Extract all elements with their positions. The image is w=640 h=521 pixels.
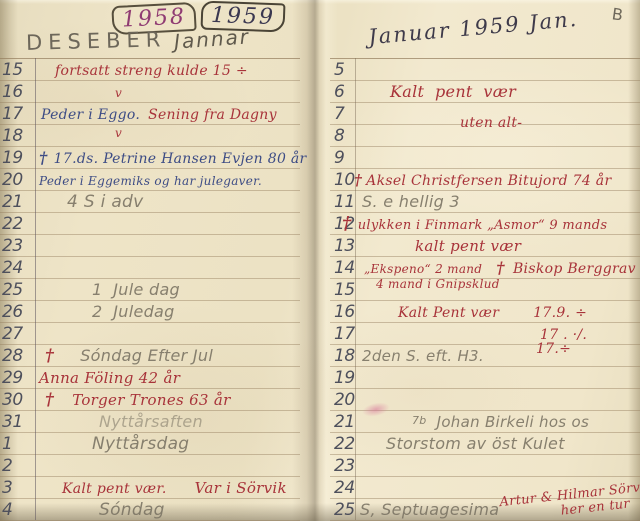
diary-row: 18v bbox=[0, 125, 300, 147]
entry-segment: † bbox=[45, 389, 54, 411]
row-number: 27 bbox=[2, 323, 32, 345]
diary-row: 2 bbox=[0, 455, 300, 477]
row-number: 7 bbox=[334, 103, 358, 125]
entry-segment: Peder i Eggemiks og har julegaver. bbox=[39, 170, 262, 192]
diary-row: 12†ulykken i Finmark „Asmor“ 9 mands bbox=[330, 213, 640, 235]
entry-segment: † bbox=[342, 213, 352, 235]
row-number: 23 bbox=[2, 235, 32, 257]
entry-segment: v bbox=[115, 122, 122, 144]
entry-segment: kalt pent vær bbox=[415, 235, 521, 257]
entry-segment: Sening fra Dagny bbox=[148, 104, 277, 126]
row-number: 22 bbox=[334, 433, 358, 455]
entry-text: v bbox=[37, 125, 298, 148]
diary-row: 22 bbox=[0, 213, 300, 235]
entry-segment: 2 Juledag bbox=[92, 301, 175, 323]
entry-segment: S. e hellig 3 bbox=[362, 191, 460, 213]
diary-row: 16Kalt Pent vær17.9. ÷ bbox=[330, 301, 640, 323]
row-number: 13 bbox=[334, 235, 358, 257]
diary-row: 19†17.ds. Petrine Hansen Evjen 80 år bbox=[0, 147, 300, 169]
diary-row: 15fortsatt streng kulde 15 ÷ bbox=[0, 59, 300, 81]
row-number: 4 bbox=[2, 499, 32, 521]
entry-text: †Torger Trones 63 år bbox=[37, 389, 298, 411]
row-number: 25 bbox=[2, 279, 32, 301]
entry-text: Kalt Pent vær17.9. ÷ bbox=[360, 301, 638, 324]
entry-text: S. e hellig 3 bbox=[360, 191, 638, 213]
entry-segment: 2den S. eft. H3. bbox=[362, 345, 484, 367]
entry-text: †Sóndag Efter Jul bbox=[37, 345, 298, 367]
row-number: 8 bbox=[334, 125, 358, 147]
entry-segment: † bbox=[39, 147, 48, 169]
entry-segment: 4 mand i Gnipsklud bbox=[376, 273, 500, 295]
right-page-header: Januar 1959 Jan. bbox=[367, 7, 579, 49]
diary-row: 29Anna Föling 42 år bbox=[0, 367, 300, 389]
entry-segment: S, Septuagesima bbox=[360, 499, 499, 521]
row-number: 17 bbox=[2, 103, 32, 125]
row-number: 26 bbox=[2, 301, 32, 323]
diary-row: 214 S i adv bbox=[0, 191, 300, 213]
diary-row: 23 bbox=[0, 235, 300, 257]
entry-text: Peder i Eggo.Sening fra Dagny bbox=[37, 103, 298, 126]
entry-text: Peder i Eggemiks og har julegaver. bbox=[37, 169, 298, 192]
diary-row: 9 bbox=[330, 147, 640, 169]
row-number: 21 bbox=[334, 411, 358, 433]
entry-text: 2den S. eft. H3.17.÷ bbox=[360, 345, 638, 368]
row-number: 1 bbox=[2, 433, 32, 455]
row-number: 2 bbox=[2, 455, 32, 477]
diary-row: 16v bbox=[0, 81, 300, 103]
diary-row: 262 Juledag bbox=[0, 301, 300, 323]
entry-text: fortsatt streng kulde 15 ÷ bbox=[37, 59, 298, 82]
entry-text: uten alt- bbox=[360, 103, 638, 126]
entry-text: †ulykken i Finmark „Asmor“ 9 mands bbox=[360, 213, 638, 237]
diary-row: 20Peder i Eggemiks og har julegaver. bbox=[0, 169, 300, 191]
entry-segment: Kalt pent vær. bbox=[62, 478, 167, 500]
diary-row: 30†Torger Trones 63 år bbox=[0, 389, 300, 411]
right-page-rows: 56Kalt pent vær7uten alt-8910†Aksel Chri… bbox=[330, 58, 640, 521]
entry-segment: Anna Föling 42 år bbox=[39, 367, 180, 389]
entry-segment: ulykken i Finmark „Asmor“ 9 mands bbox=[358, 215, 608, 237]
entry-segment: Storstom av öst Kulet bbox=[386, 433, 565, 455]
row-number: 20 bbox=[334, 389, 358, 411]
diary-row: 4Sóndag bbox=[0, 499, 300, 521]
entry-segment: † bbox=[45, 345, 54, 367]
row-number: 19 bbox=[2, 147, 32, 169]
row-number: 24 bbox=[334, 477, 358, 499]
row-number: 6 bbox=[334, 81, 358, 103]
row-number: 29 bbox=[2, 367, 32, 389]
month-title-jannar: Jannar bbox=[173, 24, 250, 53]
diary-row: 23 bbox=[330, 455, 640, 477]
entry-text: Anna Föling 42 år bbox=[37, 367, 298, 389]
diary-row: 17Peder i Eggo.Sening fra Dagny bbox=[0, 103, 300, 125]
row-number: 21 bbox=[2, 191, 32, 213]
entry-text: kalt pent vær bbox=[360, 235, 638, 257]
page-top-edge bbox=[0, 0, 640, 4]
diary-row: 8 bbox=[330, 125, 640, 147]
entry-segment: † bbox=[354, 169, 362, 191]
entry-segment: Biskop Berggrav 72 bbox=[513, 258, 640, 280]
row-number: 14 bbox=[334, 257, 358, 279]
row-number: 16 bbox=[2, 81, 32, 103]
entry-segment: 17.9. ÷ bbox=[533, 302, 587, 324]
diary-row: 182den S. eft. H3.17.÷ bbox=[330, 345, 640, 367]
row-number: 28 bbox=[2, 345, 32, 367]
entry-text: S, SeptuagesimaArtur & Hilmar Sörvigher … bbox=[360, 499, 638, 521]
diary-row: 31Nyttårsaften bbox=[0, 411, 300, 433]
entry-segment: 7b bbox=[412, 410, 427, 432]
entry-text: 7bJohan Birkeli hos os bbox=[360, 411, 638, 435]
row-number: 11 bbox=[334, 191, 358, 213]
entry-segment: fortsatt streng kulde 15 ÷ bbox=[55, 60, 248, 82]
entry-text: 4 S i adv bbox=[37, 191, 298, 213]
row-number: 20 bbox=[2, 169, 32, 191]
diary-row: 13kalt pent vær bbox=[330, 235, 640, 257]
diary-row: 1Nyttårsdag bbox=[0, 433, 300, 455]
diary-row: 1717 . ·/. bbox=[330, 323, 640, 345]
entry-segment: 1 Jule dag bbox=[92, 279, 180, 301]
row-number: 19 bbox=[334, 367, 358, 389]
row-number: 25 bbox=[334, 499, 358, 521]
diary-row: 28†Sóndag Efter Jul bbox=[0, 345, 300, 367]
entry-segment: 17.÷ bbox=[536, 338, 571, 360]
diary-row: 10†Aksel Christfersen Bitujord 74 år bbox=[330, 169, 640, 191]
entry-segment: Peder i Eggo. bbox=[41, 104, 140, 126]
entry-text: †Aksel Christfersen Bitujord 74 år bbox=[360, 169, 638, 192]
entry-text: Storstom av öst Kulet bbox=[360, 433, 638, 455]
row-number: 30 bbox=[2, 389, 32, 411]
row-number: 18 bbox=[334, 345, 358, 367]
diary-row: 19 bbox=[330, 367, 640, 389]
entry-text: 17 . ·/. bbox=[360, 323, 638, 346]
row-number: 15 bbox=[2, 59, 32, 81]
row-number: 9 bbox=[334, 147, 358, 169]
row-number: 5 bbox=[334, 59, 358, 81]
entry-segment: Kalt Pent vær bbox=[398, 302, 499, 324]
diary-row: 5 bbox=[330, 59, 640, 81]
entry-segment: Nyttårsaften bbox=[99, 411, 203, 433]
entry-segment: Torger Trones 63 år bbox=[72, 389, 230, 411]
entry-segment: Aksel Christfersen Bitujord 74 år bbox=[366, 170, 611, 192]
row-number: 16 bbox=[334, 301, 358, 323]
row-number: 3 bbox=[2, 477, 32, 499]
entry-text: 2 Juledag bbox=[37, 301, 298, 323]
entry-segment: Sóndag Efter Jul bbox=[80, 345, 213, 367]
entry-segment: Nyttårsdag bbox=[92, 433, 189, 455]
entry-text: 4 mand i Gnipsklud bbox=[360, 279, 638, 302]
entry-text: Kalt pent vær bbox=[360, 81, 638, 103]
entry-segment: 17.ds. Petrine Hansen Evjen 80 år bbox=[54, 148, 307, 170]
row-number: 18 bbox=[2, 125, 32, 147]
row-number: 22 bbox=[2, 213, 32, 235]
diary-row: 251 Jule dag bbox=[0, 279, 300, 301]
entry-text: v bbox=[37, 81, 298, 104]
month-title-deseber: DESEBER bbox=[26, 27, 167, 55]
diary-row: 6Kalt pent vær bbox=[330, 81, 640, 103]
diary-row: 11S. e hellig 3 bbox=[330, 191, 640, 213]
entry-text: Nyttårsaften bbox=[37, 411, 298, 433]
entry-text: Sóndag bbox=[37, 499, 298, 521]
row-number: 23 bbox=[334, 455, 358, 477]
left-page-rows: 15fortsatt streng kulde 15 ÷16v17Peder i… bbox=[0, 58, 300, 521]
diary-row: 24 bbox=[0, 257, 300, 279]
diary-row: 3Kalt pent vær.Var i Sörvik bbox=[0, 477, 300, 499]
entry-segment: Var i Sörvik bbox=[195, 477, 287, 499]
row-number: 24 bbox=[2, 257, 32, 279]
diary-row: 22Storstom av öst Kulet bbox=[330, 433, 640, 455]
corner-mark: B bbox=[611, 4, 625, 24]
entry-segment: Johan Birkeli hos os bbox=[437, 411, 589, 433]
entry-segment: Sóndag bbox=[99, 499, 165, 521]
row-number: 15 bbox=[334, 279, 358, 301]
row-number: 17 bbox=[334, 323, 358, 345]
entry-segment: Kalt pent vær bbox=[390, 81, 516, 103]
diary-row: 154 mand i Gnipsklud bbox=[330, 279, 640, 301]
row-number: 31 bbox=[2, 411, 32, 433]
diary-row: 25S, SeptuagesimaArtur & Hilmar Sörvighe… bbox=[330, 499, 640, 521]
diary-row: 7uten alt- bbox=[330, 103, 640, 125]
entry-text: Nyttårsdag bbox=[37, 433, 298, 455]
entry-text: 1 Jule dag bbox=[37, 279, 298, 301]
diary-row: 27 bbox=[0, 323, 300, 345]
entry-text: †17.ds. Petrine Hansen Evjen 80 år bbox=[37, 147, 298, 170]
diary-book: 1958 1959 DESEBER Jannar Januar 1959 Jan… bbox=[0, 0, 640, 521]
entry-segment: v bbox=[115, 82, 122, 104]
entry-text: Kalt pent vær.Var i Sörvik bbox=[37, 477, 298, 500]
entry-segment: 4 S i adv bbox=[67, 191, 144, 213]
